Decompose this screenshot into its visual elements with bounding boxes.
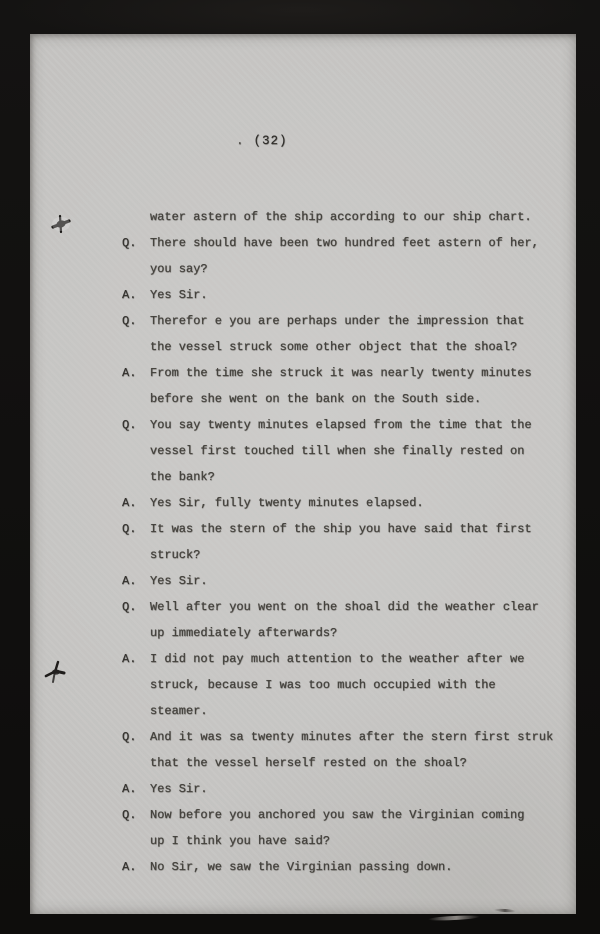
transcript-line: Q.It was the stern of the ship you have … xyxy=(30,516,576,542)
line-text: Yes Sir. xyxy=(150,782,208,796)
transcript-line: Q.Now before you anchored you saw the Vi… xyxy=(30,802,576,828)
speaker-label: A. xyxy=(122,646,150,672)
transcript-line: that the vessel herself rested on the sh… xyxy=(30,750,576,776)
transcript-line: A.No Sir, we saw the Virginian passing d… xyxy=(30,854,576,880)
line-text: the bank? xyxy=(150,470,215,484)
transcript-line: vessel first touched till when she final… xyxy=(30,438,576,464)
transcript-line: steamer. xyxy=(30,698,576,724)
transcript-line: A.I did not pay much attention to the we… xyxy=(30,646,576,672)
speaker-label: Q. xyxy=(122,802,150,828)
transcript-line: struck, because I was too much occupied … xyxy=(30,672,576,698)
page-number: .(32) xyxy=(236,134,288,148)
line-text: I did not pay much attention to the weat… xyxy=(150,652,524,666)
line-text: You say twenty minutes elapsed from the … xyxy=(150,418,532,432)
speaker-label: A. xyxy=(122,568,150,594)
line-text: vessel first touched till when she final… xyxy=(150,444,524,458)
speaker-label: A. xyxy=(122,282,150,308)
transcript-line: Q.And it was sa twenty minutes after the… xyxy=(30,724,576,750)
speaker-label: Q. xyxy=(122,412,150,438)
speaker-label: A. xyxy=(122,776,150,802)
line-text: It was the stern of the ship you have sa… xyxy=(150,522,532,536)
line-text: before she went on the bank on the South… xyxy=(150,392,481,406)
line-text: struck? xyxy=(150,548,200,562)
transcript-line: the vessel struck some other object that… xyxy=(30,334,576,360)
line-text: up I think you have said? xyxy=(150,834,330,848)
transcript-line: Q.There should have been two hundred fee… xyxy=(30,230,576,256)
speaker-label: A. xyxy=(122,360,150,386)
transcript-line: A.Yes Sir. xyxy=(30,568,576,594)
line-text: that the vessel herself rested on the sh… xyxy=(150,756,467,770)
transcript-line: the bank? xyxy=(30,464,576,490)
page-number-value: (32) xyxy=(254,134,288,148)
transcript-line: A.From the time she struck it was nearly… xyxy=(30,360,576,386)
line-text: struck, because I was too much occupied … xyxy=(150,678,496,692)
transcript-line: up immediately afterwards? xyxy=(30,620,576,646)
line-text: water astern of the ship according to ou… xyxy=(150,210,532,224)
page-number-prefix-dot: . xyxy=(236,134,245,148)
line-text: Therefor e you are perhaps under the imp… xyxy=(150,314,524,328)
transcript-line: A.Yes Sir, fully twenty minutes elapsed. xyxy=(30,490,576,516)
line-text: Now before you anchored you saw the Virg… xyxy=(150,808,524,822)
speaker-label: Q. xyxy=(122,724,150,750)
line-text: Yes Sir. xyxy=(150,288,208,302)
speaker-label: Q. xyxy=(122,230,150,256)
speaker-label: A. xyxy=(122,854,150,880)
speaker-label: Q. xyxy=(122,594,150,620)
document-page: .(32) water astern of the ship according… xyxy=(30,34,576,914)
line-text: There should have been two hundred feet … xyxy=(150,236,539,250)
line-text: steamer. xyxy=(150,704,208,718)
transcript-line: Q.You say twenty minutes elapsed from th… xyxy=(30,412,576,438)
transcript-line: Q.Well after you went on the shoal did t… xyxy=(30,594,576,620)
line-text: No Sir, we saw the Virginian passing dow… xyxy=(150,860,452,874)
bird-ink-blot-icon xyxy=(42,656,72,690)
transcript: water astern of the ship according to ou… xyxy=(30,204,576,880)
transcript-line: struck? xyxy=(30,542,576,568)
line-text: the vessel struck some other object that… xyxy=(150,340,517,354)
transcript-line: up I think you have said? xyxy=(30,828,576,854)
transcript-line: A.Yes Sir. xyxy=(30,282,576,308)
transcript-line: you say? xyxy=(30,256,576,282)
transcript-line: water astern of the ship according to ou… xyxy=(30,204,576,230)
speaker-label: A. xyxy=(122,490,150,516)
scan-background: .(32) water astern of the ship according… xyxy=(0,0,600,934)
line-text: From the time she struck it was nearly t… xyxy=(150,366,532,380)
transcript-line: before she went on the bank on the South… xyxy=(30,386,576,412)
transcript-line: A.Yes Sir. xyxy=(30,776,576,802)
line-text: Well after you went on the shoal did the… xyxy=(150,600,539,614)
line-text: up immediately afterwards? xyxy=(150,626,337,640)
star-ink-blot-icon xyxy=(48,212,74,238)
speaker-label: Q. xyxy=(122,516,150,542)
scratch-mark xyxy=(428,915,480,922)
line-text: And it was sa twenty minutes after the s… xyxy=(150,730,553,744)
line-text: Yes Sir, fully twenty minutes elapsed. xyxy=(150,496,424,510)
line-text: Yes Sir. xyxy=(150,574,208,588)
line-text: you say? xyxy=(150,262,208,276)
transcript-line: Q.Therefor e you are perhaps under the i… xyxy=(30,308,576,334)
speaker-label: Q. xyxy=(122,308,150,334)
